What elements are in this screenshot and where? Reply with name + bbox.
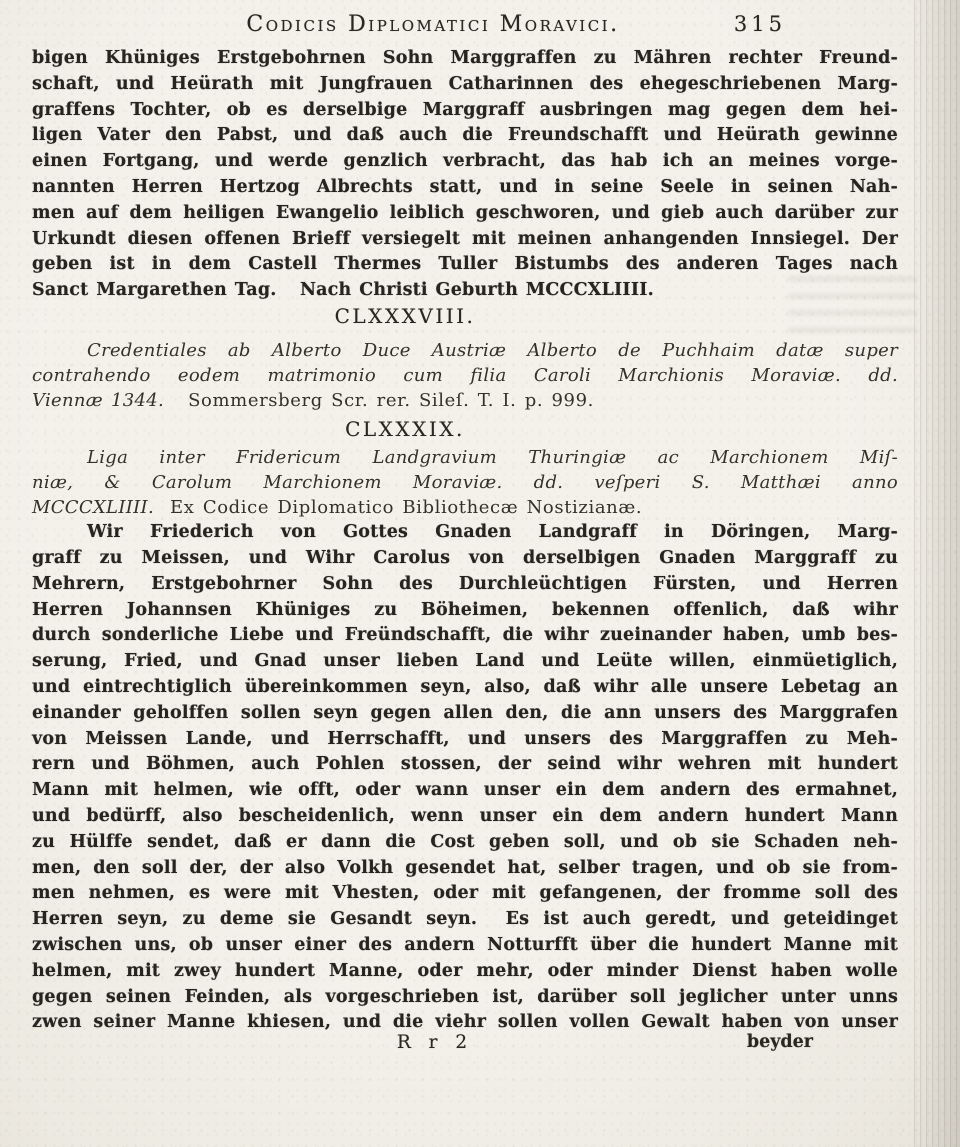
text-segment: Viennæ 1344. (32, 390, 188, 411)
text-line: men, den soll der, der also Volkh gesend… (32, 856, 898, 882)
text-line: Wir Friederich von Gottes Gnaden Landgra… (32, 520, 898, 546)
section-heading: CLXXXVIII. (0, 304, 838, 328)
text-line: von Meissen Lande, und Herrschafft, und … (32, 727, 898, 753)
text-line: Herren seyn, zu deme sie Gesandt seyn. E… (32, 907, 898, 933)
text-line: und eintrechtiglich übereinkommen seyn, … (32, 675, 898, 701)
text-line: graffens Tochter, ob es derselbige Margg… (32, 98, 898, 124)
text-line: graff zu Meissen, und Wihr Carolus von d… (32, 546, 898, 572)
text-line: einander geholffen sollen seyn gegen all… (32, 701, 898, 727)
text-line: einen Fortgang, und werde genzlich verbr… (32, 149, 898, 175)
text-line: zu Hülffe sendet, daß er dann die Cost g… (32, 830, 898, 856)
text-line: Herren Johannsen Khüniges zu Böheimen, b… (32, 598, 898, 624)
text-line: schaft, und Heürath mit Jungfrauen Catha… (32, 72, 898, 98)
text-line: men auf dem heiligen Ewangelio leiblich … (32, 201, 898, 227)
text-line: Sanct Margarethen Tag. Nach Christi Gebu… (32, 278, 898, 304)
scan-edge-artifact (914, 0, 960, 1147)
page-content: bigen Khüniges Erstgebohrnen Sohn Marggr… (32, 46, 898, 1036)
text-line: Mann mit helmen, wie offt, oder wann uns… (32, 778, 898, 804)
signature-mark: R r 2 (397, 1032, 473, 1053)
text-segment: Sommersberg Scr. rer. Sileſ. T. I. p. 99… (188, 390, 594, 411)
book-page-scan: Codicis Diplomatici Moravici. 315 bigen … (0, 0, 960, 1147)
text-segment: Ex Codice Diplomatico Bibliothecæ Nostiz… (170, 497, 642, 518)
page-number: 315 (734, 12, 786, 36)
text-line: men nehmen, es were mit Vhesten, oder mi… (32, 881, 898, 907)
text-line: bigen Khüniges Erstgebohrnen Sohn Marggr… (32, 46, 898, 72)
text-segment: MCCCXLIIII. (32, 497, 170, 518)
text-line: Mehrern, Erstgebohrner Sohn des Durchleü… (32, 572, 898, 598)
text-line: helmen, mit zwey hundert Manne, oder meh… (32, 959, 898, 985)
text-line: ligen Vater den Pabst, und daß auch die … (32, 123, 898, 149)
text-line: zwischen uns, ob unser einer des andern … (32, 933, 898, 959)
text-line: niæ, & Carolum Marchionem Moraviæ. dd. v… (32, 470, 898, 495)
running-title: Codicis Diplomatici Moravici. (246, 12, 619, 37)
text-line: rern und Böhmen, auch Pohlen stossen, de… (32, 752, 898, 778)
text-line: MCCCXLIIII. Ex Codice Diplomatico Biblio… (32, 495, 898, 520)
page-footer: R r 2 beyder (32, 1032, 898, 1058)
text-line: Liga inter Fridericum Landgravium Thurin… (32, 445, 898, 470)
catchword: beyder (747, 1032, 813, 1052)
text-line: serung, Fried, und Gnad unser lieben Lan… (32, 649, 898, 675)
text-line: und bedürff, also bescheidenlich, wenn u… (32, 804, 898, 830)
text-line: Urkundt diesen offenen Brieff versiegelt… (32, 227, 898, 253)
section-heading: CLXXXIX. (0, 417, 838, 441)
text-line: geben ist in dem Castell Thermes Tuller … (32, 252, 898, 278)
text-line: gegen seinen Feinden, als vorgeschrieben… (32, 985, 898, 1011)
text-line: Viennæ 1344. Sommersberg Scr. rer. Sileſ… (32, 388, 898, 413)
text-line: contrahendo eodem matrimonio cum filia C… (32, 363, 898, 388)
paragraph: Liga inter Fridericum Landgravium Thurin… (32, 445, 898, 521)
paragraph: Wir Friederich von Gottes Gnaden Landgra… (32, 520, 898, 1036)
text-line: durch sonderliche Liebe und Freündschaff… (32, 623, 898, 649)
paragraph: bigen Khüniges Erstgebohrnen Sohn Marggr… (32, 46, 898, 304)
text-line: Credentiales ab Alberto Duce Austriæ Alb… (32, 338, 898, 363)
paragraph: Credentiales ab Alberto Duce Austriæ Alb… (32, 338, 898, 414)
page-header: Codicis Diplomatici Moravici. 315 (32, 12, 898, 44)
text-line: nannten Herren Hertzog Albrechts statt, … (32, 175, 898, 201)
